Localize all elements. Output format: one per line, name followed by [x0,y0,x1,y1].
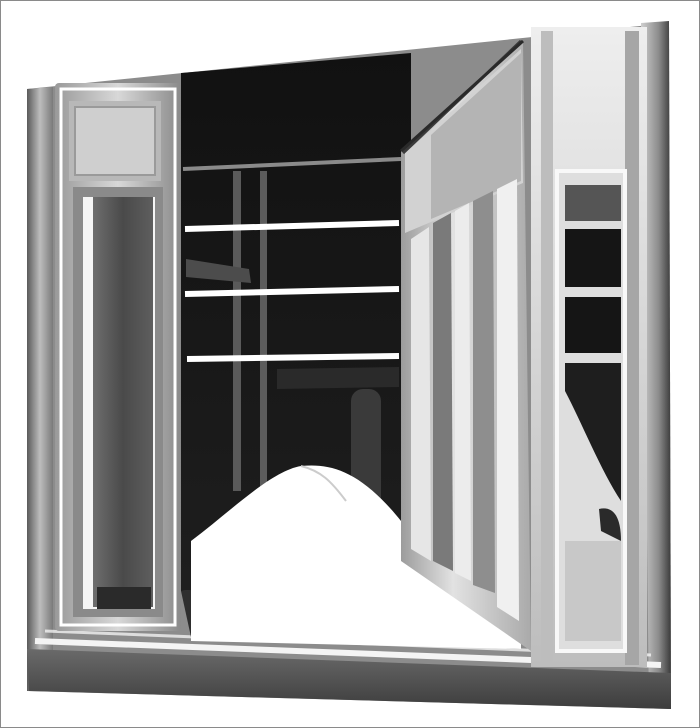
cabinet-drawing [1,1,700,728]
open-right-door [401,41,531,651]
mirror-door-panel [531,27,647,667]
artwork-frame [0,0,700,728]
left-door-panel [55,83,181,631]
